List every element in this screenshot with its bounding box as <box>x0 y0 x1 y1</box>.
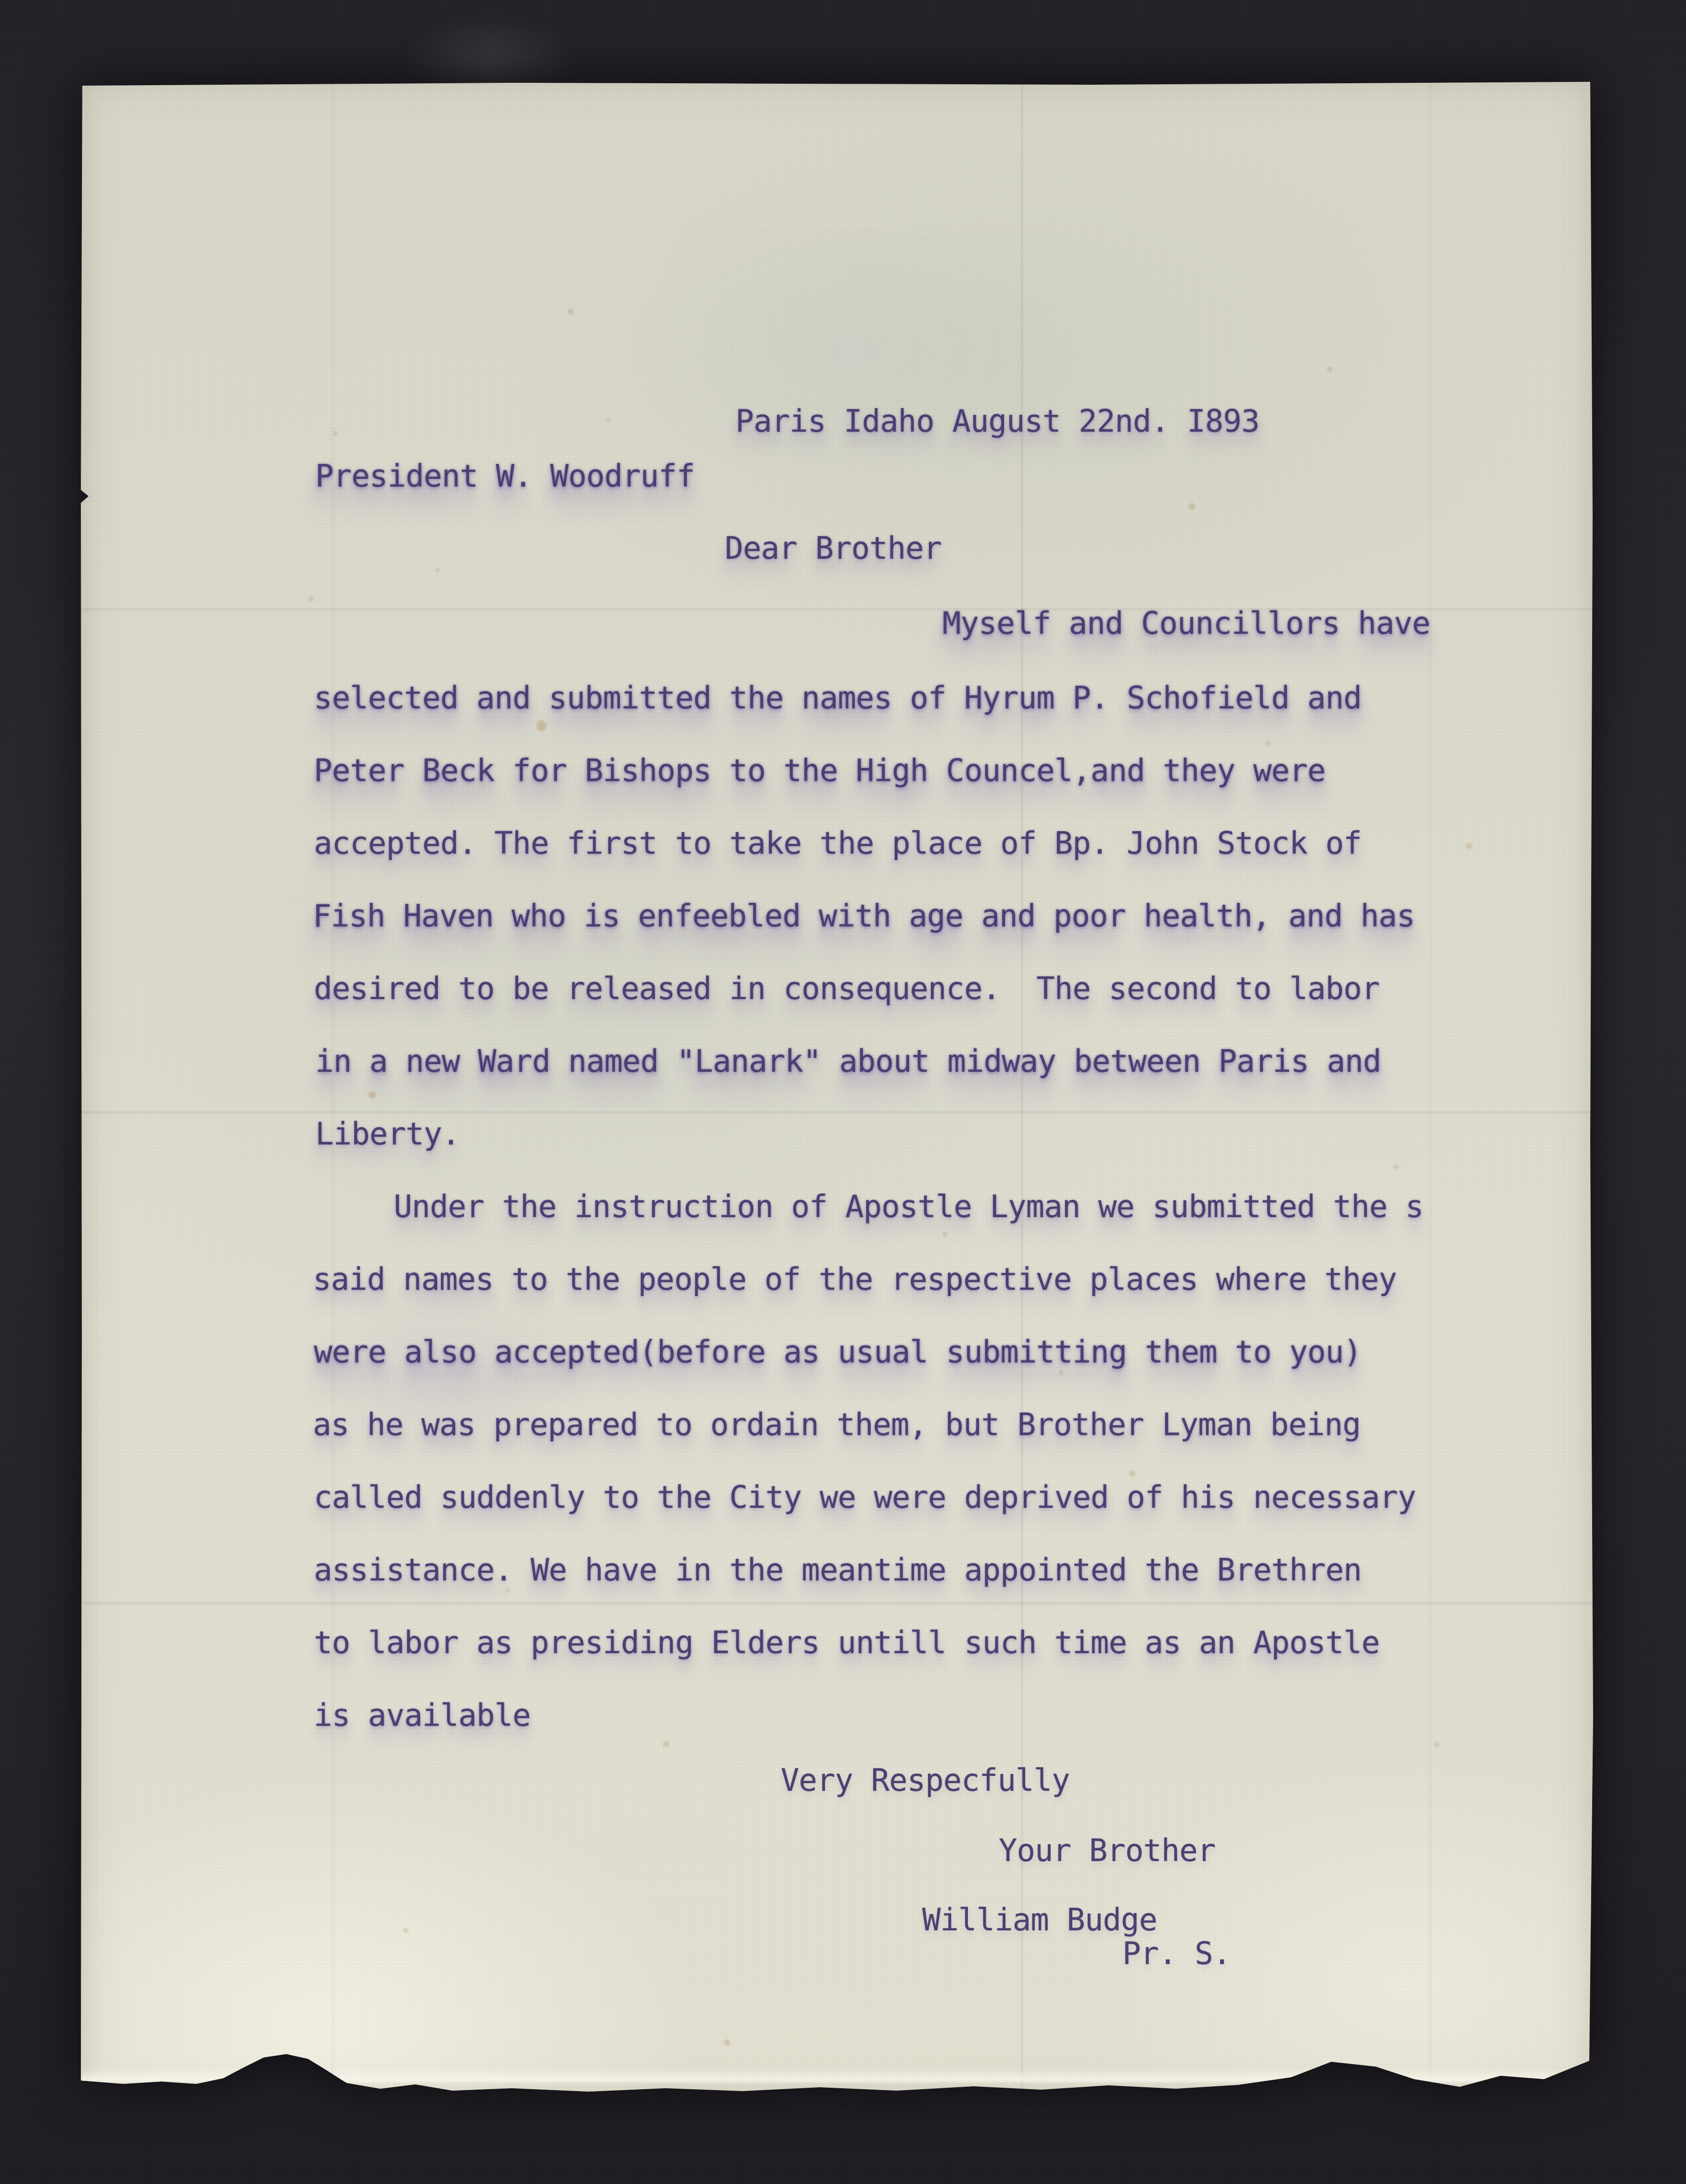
valediction-line: Very Respecfully <box>781 1762 1070 1799</box>
body-line: desired to be released in consequence. T… <box>314 971 1379 1007</box>
relation-line: Your Brother <box>999 1833 1215 1869</box>
body-line: said names to the people of the respecti… <box>313 1261 1397 1298</box>
body-line: is available <box>314 1697 530 1734</box>
body-line: assistance. We have in the meantime appo… <box>314 1552 1362 1589</box>
signature-line: William Budge <box>922 1902 1157 1939</box>
body-line: Liberty. <box>315 1116 460 1153</box>
date-line: Paris Idaho August 22nd. I893 <box>735 403 1259 440</box>
body-line: accepted. The first to take the place of… <box>314 825 1362 862</box>
body-line: selected and submitted the names of Hyru… <box>314 680 1362 717</box>
body-opening-line: Myself and Councillors have <box>942 605 1430 642</box>
signer-title-line: Pr. S. <box>1122 1936 1231 1972</box>
body-line: as he was prepared to ordain them, but B… <box>313 1407 1361 1443</box>
salutation-line: Dear Brother <box>725 530 941 567</box>
body-line: in a new Ward named "Lanark" about midwa… <box>315 1043 1381 1080</box>
body-line: were also accepted(before as usual submi… <box>314 1334 1362 1371</box>
body-line: Under the instruction of Apostle Lyman w… <box>394 1189 1423 1225</box>
body-line: called suddenly to the City we were depr… <box>314 1479 1416 1516</box>
recipient-line: President W. Woodruff <box>315 458 695 495</box>
body-line: to labor as presiding Elders untill such… <box>314 1625 1379 1661</box>
body-line: Peter Beck for Bishops to the High Counc… <box>314 753 1326 789</box>
letter-text: Paris Idaho August 22nd. I893 President … <box>0 0 1686 2184</box>
body-line: Fish Haven who is enfeebled with age and… <box>313 898 1415 935</box>
